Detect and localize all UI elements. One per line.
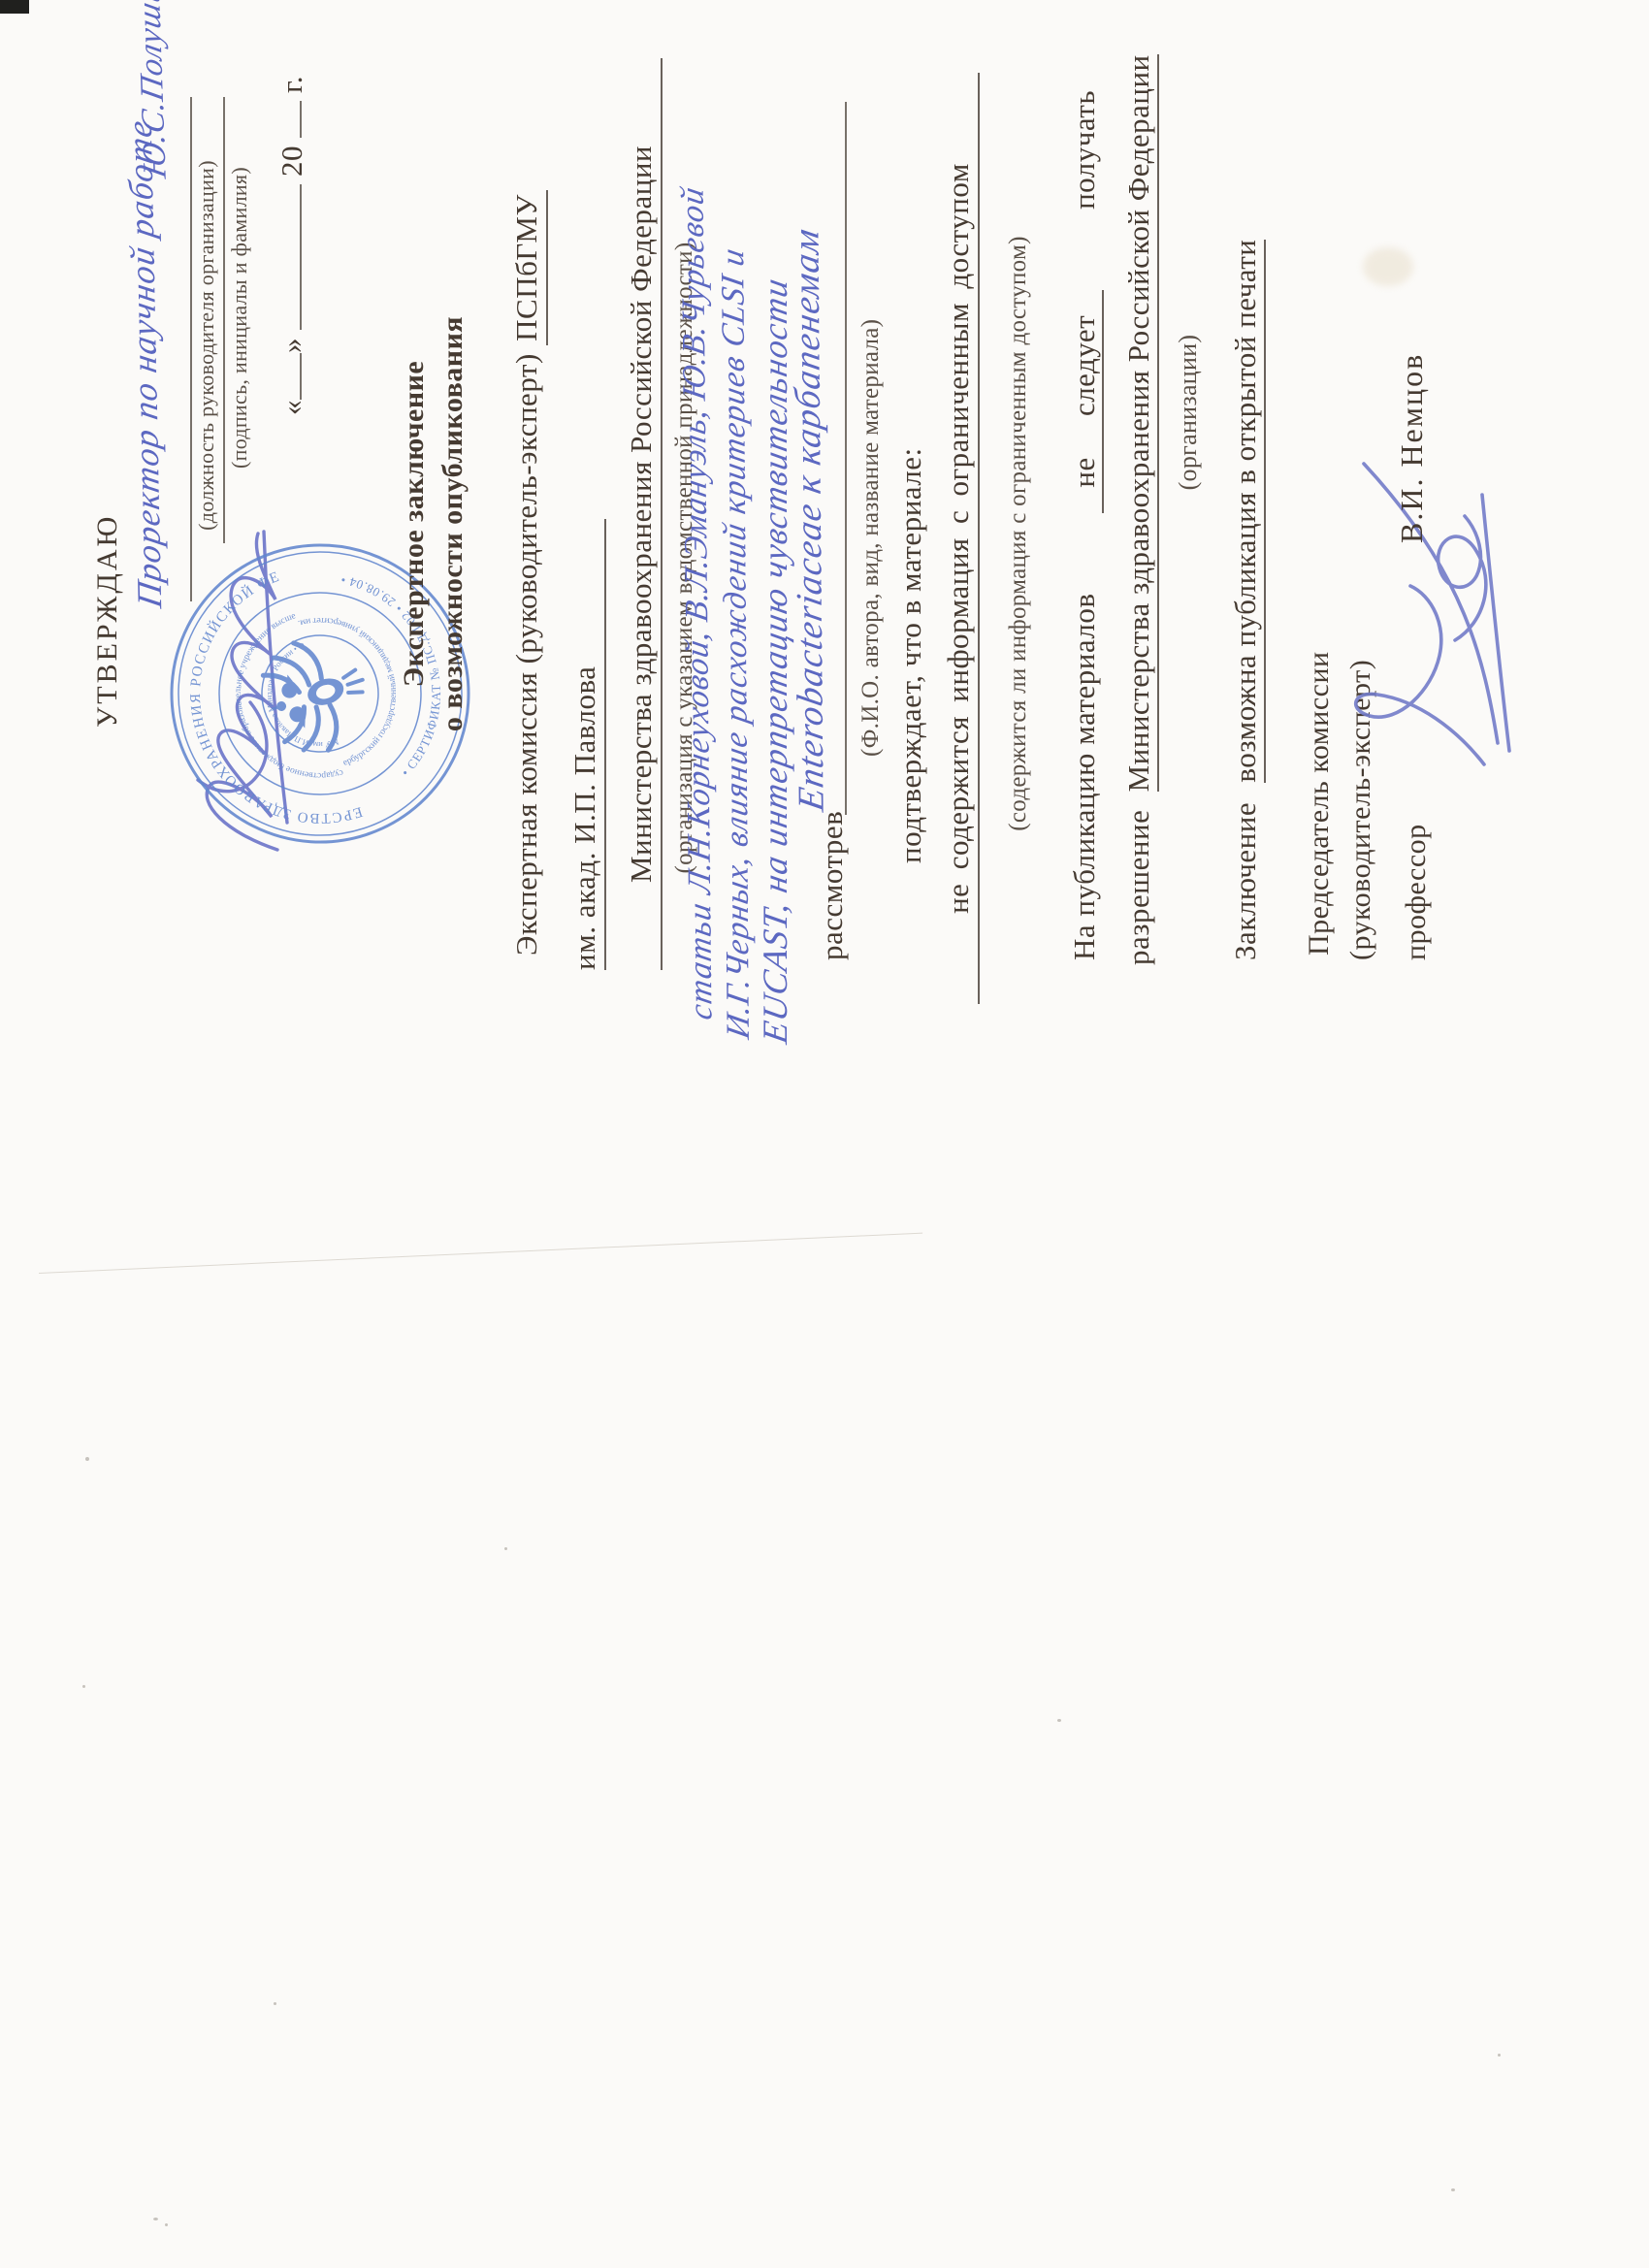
conclusion-underlined: возможна публикация в открытой печати <box>1228 240 1266 783</box>
position-handwritten: Проректор по научной работе <box>119 117 170 611</box>
scan-speck <box>274 2002 276 2005</box>
material-hw-line4: Enterobacteriaceae к карбапенемам <box>785 225 832 814</box>
permission2-underlined: Министерства здравоохранения Российской … <box>1121 54 1159 792</box>
scan-speck <box>85 1457 89 1461</box>
scan-speck <box>1498 2054 1501 2057</box>
sign-caption: (подпись, инициалы и фамилия) <box>227 102 252 534</box>
permission-line: На публикацию материалов не следует полу… <box>1067 90 1104 960</box>
conclusion-line: Заключение возможна публикация в открыто… <box>1228 240 1263 960</box>
org-line3-text: Министерства здравоохранения Российской … <box>624 58 663 970</box>
document-rotated: УТВЕРЖДАЮ Проректор по научной работе (д… <box>0 0 1649 1203</box>
no-restricted-text: не содержится информация с ограниченным … <box>941 73 980 1004</box>
confirm-line: подтверждает, что в материале: <box>893 447 928 863</box>
scan-speck <box>153 2218 158 2220</box>
scan-smudge <box>1363 247 1413 286</box>
scan-speck <box>1451 2188 1455 2191</box>
date-year-suffix: г. <box>275 76 308 93</box>
material-caption: (Ф.И.О. автора, вид, название материала) <box>857 320 885 757</box>
date-close-quote: » <box>275 338 308 353</box>
material-hw-line2: И.Г.Черных, влияние расхождений критерие… <box>715 245 758 1042</box>
paper-edge-line <box>39 1233 922 1274</box>
commission-line: Экспертная комиссия (руководитель-экспер… <box>509 190 548 956</box>
org-abbrev: ПСПбГМУ <box>509 190 548 345</box>
no-restricted-line: не содержится информация с ограниченным … <box>941 73 980 1004</box>
approve-label: УТВЕРЖДАЮ <box>91 514 124 728</box>
expert-signature <box>1337 446 1523 786</box>
scan-speck <box>1057 1719 1061 1722</box>
date-year: 20 <box>275 146 308 177</box>
scan-corner-mark <box>0 0 29 14</box>
rector-name-handwritten: Ю.С.Полушин <box>130 0 174 180</box>
sign-rule <box>223 97 225 543</box>
restricted-caption: (содержится ли информация с ограниченным… <box>1005 136 1032 931</box>
scan-speck <box>82 1685 85 1688</box>
permission-start: На публикацию материалов <box>1067 594 1102 960</box>
date-line: «»20г. <box>275 76 309 415</box>
scan-speck <box>165 2223 168 2226</box>
org-line3: Министерства здравоохранения Российской … <box>624 58 663 970</box>
commission-prefix: Экспертная комиссия (руководитель-экспер… <box>509 345 543 956</box>
conclusion-start: Заключение <box>1228 802 1262 960</box>
permission-blank: не следует <box>1067 290 1104 513</box>
org-line2: им. акад. И.П. Павлова <box>567 519 606 970</box>
material-hw-line1: статьи Л.Н.Корнеуховой, В.Л.Эмануэль, Ю.… <box>675 183 721 1021</box>
chair-line1: Председатель комиссии <box>1303 651 1336 956</box>
scanned-page: УТВЕРЖДАЮ Проректор по научной работе (д… <box>0 0 1649 2268</box>
material-rule <box>845 102 847 815</box>
scan-speck <box>504 1547 507 1550</box>
position-caption: (должность руководителя организации) <box>194 97 219 594</box>
reviewed-label: рассмотрев <box>815 811 850 960</box>
chair-line3: профессор <box>1400 824 1433 960</box>
date-open-quote: « <box>275 400 308 415</box>
expert-name: В.И. Немцов <box>1394 353 1430 543</box>
title-line1: Экспертное заключение <box>398 291 431 757</box>
permission2-start: разрешение <box>1121 810 1155 965</box>
permission-end: получать <box>1067 90 1102 210</box>
title-line2: о возможности опубликования <box>436 272 469 776</box>
org-caption2: (организации) <box>1174 301 1203 524</box>
org-line2-text: им. акад. И.П. Павлова <box>567 519 606 970</box>
permission-line2: разрешение Министерства здравоохранения … <box>1121 54 1156 965</box>
